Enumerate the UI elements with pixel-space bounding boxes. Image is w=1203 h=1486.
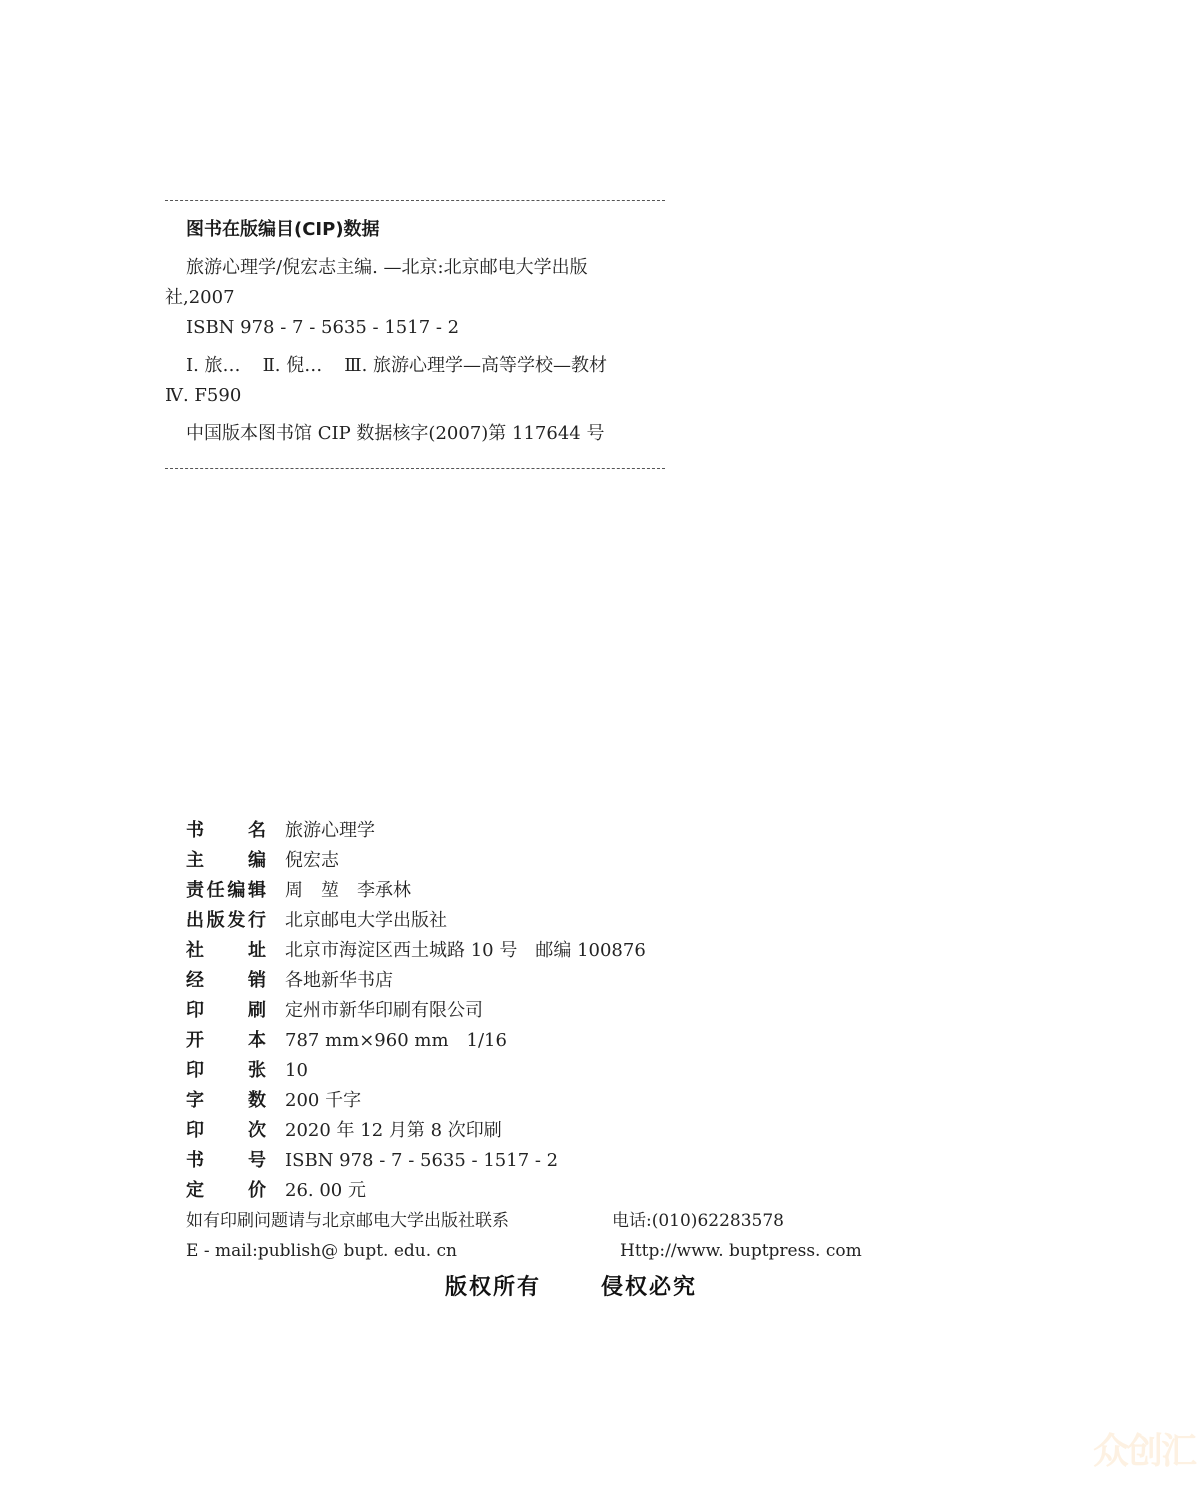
book-info-label: 经销	[186, 966, 266, 996]
rights-reserved: 版权所有	[445, 1275, 541, 1300]
book-info-row: 定价26. 00 元	[186, 1176, 646, 1206]
book-info-label: 书名	[186, 816, 266, 846]
book-info-value: 北京市海淀区西土城路 10 号 邮编 100876	[285, 936, 646, 966]
contact-email: E - mail:publish@ bupt. edu. cn	[186, 1241, 457, 1261]
book-info-label: 印刷	[186, 996, 266, 1026]
book-info-value: 周 堃 李承林	[285, 876, 411, 906]
book-info-label: 字数	[186, 1086, 266, 1116]
cip-class-item-3: Ⅲ. 旅游心理学—高等学校—教材	[344, 355, 607, 376]
cip-title: 图书在版编目(CIP)数据	[165, 219, 665, 241]
book-info-value: 2020 年 12 月第 8 次印刷	[285, 1116, 502, 1146]
book-info-row: 印张10	[186, 1056, 646, 1086]
book-info-value: 各地新华书店	[285, 966, 393, 996]
book-info-label: 定价	[186, 1176, 266, 1206]
label-char: 编	[227, 876, 245, 906]
contact-website: Http://www. buptpress. com	[620, 1236, 862, 1266]
watermark-logo: 众创汇	[1093, 1423, 1195, 1474]
book-info-label: 书号	[186, 1146, 266, 1176]
label-char: 书	[186, 816, 204, 846]
label-char: 书	[186, 1146, 204, 1176]
cip-class-item-1: Ⅰ. 旅…	[186, 355, 241, 376]
label-char: 辑	[248, 876, 266, 906]
label-char: 本	[248, 1026, 266, 1056]
book-info-label: 印次	[186, 1116, 266, 1146]
infringement-warning: 侵权必究	[601, 1275, 697, 1300]
book-info-value: 北京邮电大学出版社	[285, 906, 447, 936]
label-char: 张	[248, 1056, 266, 1086]
book-info-row: 书号ISBN 978 - 7 - 5635 - 1517 - 2	[186, 1146, 646, 1176]
book-info-label: 开本	[186, 1026, 266, 1056]
book-info-row: 字数200 千字	[186, 1086, 646, 1116]
label-char: 价	[248, 1176, 266, 1206]
book-info-value: 旅游心理学	[285, 816, 375, 846]
book-info-table: 书名旅游心理学主编倪宏志责任编辑周 堃 李承林出版发行北京邮电大学出版社社址北京…	[186, 816, 646, 1206]
label-char: 销	[248, 966, 266, 996]
book-info-row: 开本787 mm×960 mm 1/16	[186, 1026, 646, 1056]
cip-entry-line-2: 社,2007	[165, 283, 665, 313]
label-char: 次	[248, 1116, 266, 1146]
cip-class-item-2: Ⅱ. 倪…	[263, 355, 323, 376]
book-info-value: 倪宏志	[285, 846, 339, 876]
book-info-value: 10	[285, 1056, 308, 1086]
label-char: 印	[186, 1056, 204, 1086]
cip-isbn: ISBN 978 - 7 - 5635 - 1517 - 2	[165, 313, 665, 343]
label-char: 名	[248, 816, 266, 846]
book-info-value: 定州市新华印刷有限公司	[285, 996, 483, 1026]
bottom-dashed-divider	[165, 468, 665, 469]
book-info-value: 26. 00 元	[285, 1176, 366, 1206]
label-char: 主	[186, 846, 204, 876]
contact-phone: 电话:(010)62283578	[612, 1206, 784, 1236]
label-char: 址	[248, 936, 266, 966]
label-char: 定	[186, 1176, 204, 1206]
cip-library-number: 中国版本图书馆 CIP 数据核字(2007)第 117644 号	[165, 419, 665, 449]
label-char: 字	[186, 1086, 204, 1116]
book-info-value: ISBN 978 - 7 - 5635 - 1517 - 2	[285, 1146, 558, 1176]
label-char: 社	[186, 936, 204, 966]
book-info-row: 社址北京市海淀区西土城路 10 号 邮编 100876	[186, 936, 646, 966]
cip-data-block: 图书在版编目(CIP)数据 旅游心理学/倪宏志主编. —北京:北京邮电大学出版 …	[165, 200, 665, 449]
label-char: 经	[186, 966, 204, 996]
contact-block: 如有印刷问题请与北京邮电大学出版社联系 电话:(010)62283578 E -…	[186, 1206, 866, 1266]
book-info-value: 200 千字	[285, 1086, 361, 1116]
label-char: 版	[207, 906, 225, 936]
book-info-label: 主编	[186, 846, 266, 876]
label-char: 刷	[248, 996, 266, 1026]
book-info-label: 出版发行	[186, 906, 266, 936]
label-char: 印	[186, 1116, 204, 1146]
book-info-row: 经销各地新华书店	[186, 966, 646, 996]
label-char: 编	[248, 846, 266, 876]
book-info-value: 787 mm×960 mm 1/16	[285, 1026, 507, 1056]
cip-classification: Ⅰ. 旅…Ⅱ. 倪…Ⅲ. 旅游心理学—高等学校—教材	[165, 351, 665, 381]
book-info-row: 责任编辑周 堃 李承林	[186, 876, 646, 906]
contact-notice: 如有印刷问题请与北京邮电大学出版社联系	[186, 1211, 509, 1231]
book-info-label: 印张	[186, 1056, 266, 1086]
book-info-label: 责任编辑	[186, 876, 266, 906]
label-char: 出	[186, 906, 204, 936]
book-info-row: 印次2020 年 12 月第 8 次印刷	[186, 1116, 646, 1146]
label-char: 行	[248, 906, 266, 936]
book-info-row: 书名旅游心理学	[186, 816, 646, 846]
label-char: 责	[186, 876, 204, 906]
book-info-row: 主编倪宏志	[186, 846, 646, 876]
label-char: 发	[227, 906, 245, 936]
book-info-row: 出版发行北京邮电大学出版社	[186, 906, 646, 936]
label-char: 印	[186, 996, 204, 1026]
book-info-row: 印刷定州市新华印刷有限公司	[186, 996, 646, 1026]
label-char: 开	[186, 1026, 204, 1056]
label-char: 号	[248, 1146, 266, 1176]
book-info-label: 社址	[186, 936, 266, 966]
copyright-notice: 版权所有侵权必究	[445, 1270, 697, 1301]
cip-class-item-4: Ⅳ. F590	[165, 381, 665, 411]
cip-entry-line-1: 旅游心理学/倪宏志主编. —北京:北京邮电大学出版	[165, 253, 665, 283]
label-char: 数	[248, 1086, 266, 1116]
top-dashed-divider	[165, 200, 665, 201]
label-char: 任	[207, 876, 225, 906]
